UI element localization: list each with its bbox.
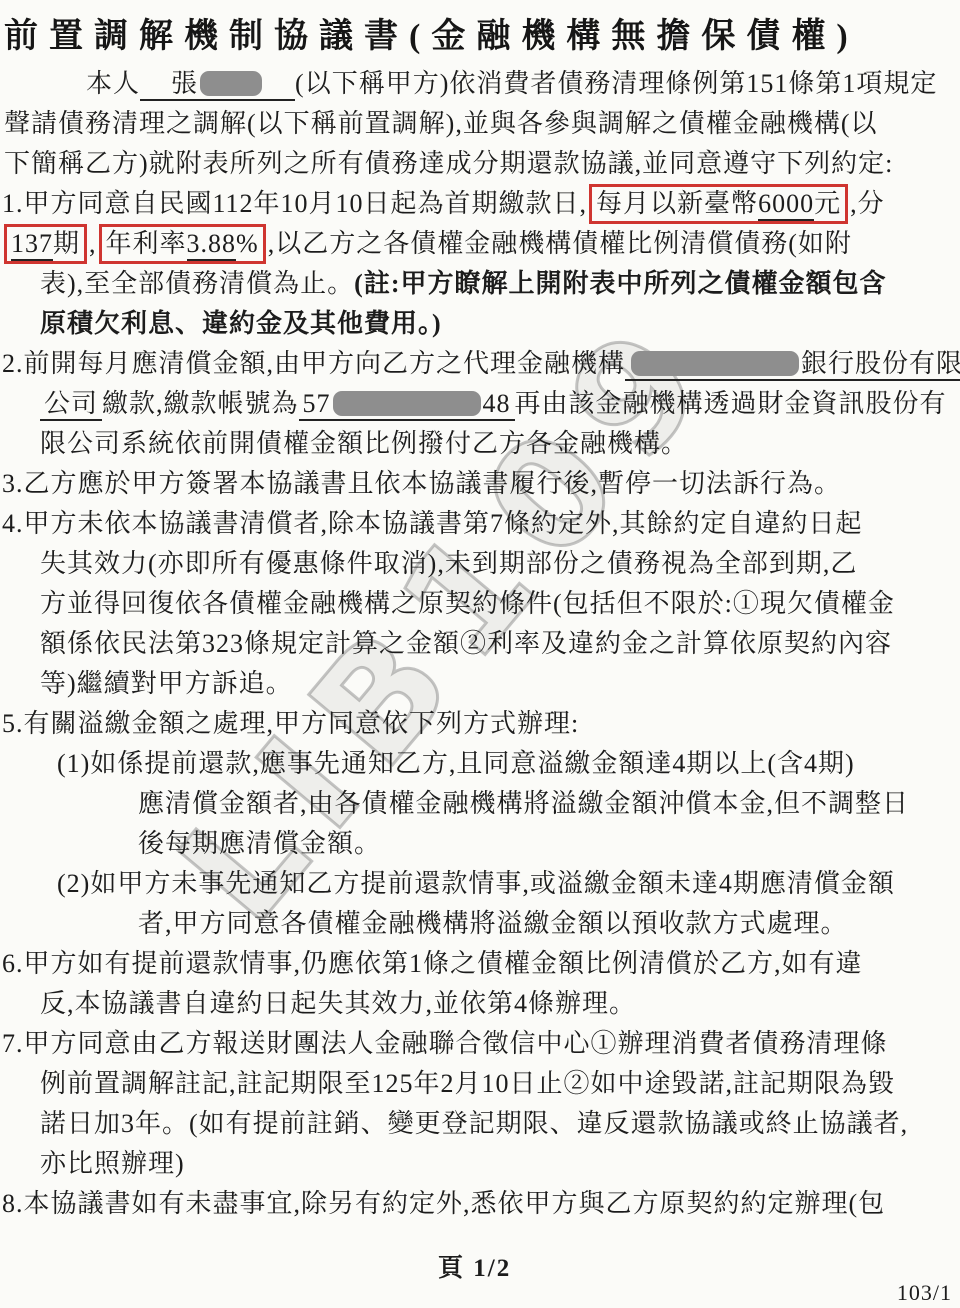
text-run: 元 [814, 189, 841, 218]
text-run: 例前置調解註記,註記期限至125年2月10日止②如中途毀諾,註記期限為毀 [40, 1069, 895, 1098]
text-line: 137期,年利率3.88%,以乙方之各債權金融機構債權比例清償債務(如附 [2, 224, 958, 264]
text-line: 後每期應清償金額。 [138, 824, 958, 864]
text-line: 原積欠利息、違約金及其他費用。) [40, 304, 958, 344]
text-run: (2)如甲方未事先通知乙方提前還款情事,或溢繳金額未達4期應清償金額 [57, 869, 895, 898]
highlight-red-box: 每月以新臺幣6000元 [589, 184, 848, 224]
text-line: 4.甲方未依本協議書清償者,除本協議書第7條約定外,其餘約定自違約日起 [2, 504, 958, 544]
text-run: 額係依民法第323條規定計算之金額②利率及違約金之計算依原契約內容 [40, 629, 892, 658]
text-line: 亦比照辦理) [40, 1144, 958, 1184]
text-run: (1)如係提前還款,應事先通知乙方,且同意溢繳金額達4期以上(含4期) [57, 749, 855, 778]
highlight-red-box: 137期 [4, 224, 87, 264]
text-line: 公司繳款,繳款帳號為5748再由該金融機構透過財金資訊股份有 [40, 384, 958, 424]
text-line: 應清償金額者,由各債權金融機構將溢繳金額沖償本金,但不調整日 [138, 784, 958, 824]
text-run: 下簡稱乙方)就附表所列之所有債務達成分期還款協議,並同意遵守下列約定: [4, 149, 893, 178]
text-run: 反,本協議書自違約日起失其效力,並依第4條辦理。 [40, 989, 636, 1018]
text-run: 期 [53, 229, 80, 258]
text-run: (以下稱甲方)依消費者債務清理條例第151條第1項規定 [295, 69, 937, 98]
document-number: 103/1 [897, 1280, 952, 1306]
underlined-field: 5748 [299, 389, 515, 421]
text-line: 下簡稱乙方)就附表所列之所有債務達成分期還款協議,並同意遵守下列約定: [4, 144, 958, 184]
text-line: 聲請債務清理之調解(以下稱前置調解),並與各參與調解之債權金融機構(以 [4, 104, 958, 144]
text-run: 限公司系統依前開債權金額比例撥付乙方各金融機構。 [40, 429, 688, 458]
text-run: (註:甲方瞭解上開附表中所列之債權金額包含 [354, 269, 886, 298]
text-run: 繳款,繳款帳號為 [102, 389, 299, 418]
text-run: 3.乙方應於甲方簽署本協議書且依本協議書履行後,暫停一切法訴行為。 [2, 469, 841, 498]
text-line: 例前置調解註記,註記期限至125年2月10日止②如中途毀諾,註記期限為毀 [40, 1064, 958, 1104]
text-run: 原積欠利息、違約金及其他費用。) [40, 309, 442, 338]
agreement-document-page: LIB109 前置調解機制協議書(金融機構無擔保債權) 本人 張 (以下稱甲方)… [0, 0, 960, 1308]
text-line: 限公司系統依前開債權金額比例撥付乙方各金融機構。 [40, 424, 958, 464]
text-line: 1.甲方同意自民國112年10月10日起為首期繳款日,每月以新臺幣6000元,分 [2, 184, 958, 224]
text-run: 張 [144, 69, 198, 98]
text-run: 1.甲方同意自民國112年10月10日起為首期繳款日, [2, 189, 587, 218]
text-line: 等)繼續對甲方訴追。 [40, 664, 958, 704]
text-run: 失其效力(亦即所有優惠條件取消),未到期部份之債務視為全部到期,乙 [40, 549, 857, 578]
text-line: (2)如甲方未事先通知乙方提前還款情事,或溢繳金額未達4期應清償金額 [57, 864, 958, 904]
text-run: 7.甲方同意由乙方報送財團法人金融聯合徵信中心①辦理消費者債務清理條 [2, 1029, 888, 1058]
underlined-value: 3.88 [187, 229, 237, 261]
redaction-bar [333, 391, 481, 416]
text-run: 8.本協議書如有未盡事宜,除另有約定外,悉依甲方與乙方原契約約定辦理(包 [2, 1189, 885, 1218]
text-run: 本人 [86, 69, 140, 98]
text-run: 聲請債務清理之調解(以下稱前置調解),並與各參與調解之債權金融機構(以 [4, 109, 877, 138]
text-run: ,分 [850, 189, 885, 218]
text-run: 者,甲方同意各債權金融機構將溢繳金額以預收款方式處理。 [138, 909, 848, 938]
text-run: 等)繼續對甲方訴追。 [40, 669, 293, 698]
underlined-value: 6000 [758, 189, 814, 221]
text-run: 公司 [44, 389, 98, 418]
text-run: 6.甲方如有提前還款情事,仍應依第1條之債權金額比例清償於乙方,如有違 [2, 949, 863, 978]
text-run: 諾日加3年。(如有提前註銷、變更登記期限、違反還款協議或終止協議者, [40, 1109, 908, 1138]
text-run: ,以乙方之各債權金融機構債權比例清償債務(如附 [268, 229, 852, 258]
text-run: 48 [483, 389, 511, 418]
underlined-field: 銀行股份有限 [625, 349, 960, 381]
page-number: 頁 1/2 [438, 1248, 511, 1284]
text-line: 2.前開每月應清償金額,由甲方向乙方之代理金融機構銀行股份有限 [2, 344, 958, 384]
underlined-field: 公司 [40, 389, 102, 421]
text-line: 者,甲方同意各債權金融機構將溢繳金額以預收款方式處理。 [138, 904, 958, 944]
text-line: 6.甲方如有提前還款情事,仍應依第1條之債權金額比例清償於乙方,如有違 [2, 944, 958, 984]
text-line: 方並得回復依各債權金融機構之原契約條件(包括但不限於:①現欠債權金 [40, 584, 958, 624]
text-run: 亦比照辦理) [40, 1149, 185, 1178]
document-body: 本人 張 (以下稱甲方)依消費者債務清理條例第151條第1項規定聲請債務清理之調… [2, 64, 958, 1224]
text-line: 表),至全部債務清償為止。(註:甲方瞭解上開附表中所列之債權金額包含 [40, 264, 958, 304]
text-line: 失其效力(亦即所有優惠條件取消),未到期部份之債務視為全部到期,乙 [40, 544, 958, 584]
redaction-bar [200, 71, 262, 96]
text-line: 3.乙方應於甲方簽署本協議書且依本協議書履行後,暫停一切法訴行為。 [2, 464, 958, 504]
text-run: 表),至全部債務清償為止。 [40, 269, 354, 298]
text-run: 年利率 [106, 229, 187, 258]
text-line: 額係依民法第323條規定計算之金額②利率及違約金之計算依原契約內容 [40, 624, 958, 664]
text-run: % [236, 229, 259, 258]
text-run: 2.前開每月應清償金額,由甲方向乙方之代理金融機構 [2, 349, 625, 378]
text-run: 57 [303, 389, 331, 418]
text-line: (1)如係提前還款,應事先通知乙方,且同意溢繳金額達4期以上(含4期) [57, 744, 958, 784]
text-run: 後每期應清償金額。 [138, 829, 381, 858]
text-line: 7.甲方同意由乙方報送財團法人金融聯合徵信中心①辦理消費者債務清理條 [2, 1024, 958, 1064]
text-run: 每月以新臺幣 [596, 189, 758, 218]
text-line: 諾日加3年。(如有提前註銷、變更登記期限、違反還款協議或終止協議者, [40, 1104, 958, 1144]
text-run: 銀行股份有限 [801, 349, 960, 378]
text-run: 4.甲方未依本協議書清償者,除本協議書第7條約定外,其餘約定自違約日起 [2, 509, 863, 538]
text-run: 5.有關溢繳金額之處理,甲方同意依下列方式辦理: [2, 709, 579, 738]
redaction-bar [631, 351, 799, 376]
document-title: 前置調解機制協議書(金融機構無擔保債權) [4, 8, 960, 57]
highlight-red-box: 年利率3.88% [99, 224, 266, 264]
text-run: 方並得回復依各債權金融機構之原契約條件(包括但不限於:①現欠債權金 [40, 589, 895, 618]
text-run: , [89, 229, 97, 258]
underlined-value: 137 [11, 229, 53, 261]
text-line: 反,本協議書自違約日起失其效力,並依第4條辦理。 [40, 984, 958, 1024]
text-line: 8.本協議書如有未盡事宜,除另有約定外,悉依甲方與乙方原契約約定辦理(包 [2, 1184, 958, 1224]
text-run [264, 69, 291, 98]
underlined-field: 張 [140, 69, 295, 101]
text-run: 再由該金融機構透過財金資訊股份有 [515, 389, 947, 418]
text-line: 本人 張 (以下稱甲方)依消費者債務清理條例第151條第1項規定 [86, 64, 958, 104]
text-run: 應清償金額者,由各債權金融機構將溢繳金額沖償本金,但不調整日 [138, 789, 909, 818]
text-line: 5.有關溢繳金額之處理,甲方同意依下列方式辦理: [2, 704, 958, 744]
